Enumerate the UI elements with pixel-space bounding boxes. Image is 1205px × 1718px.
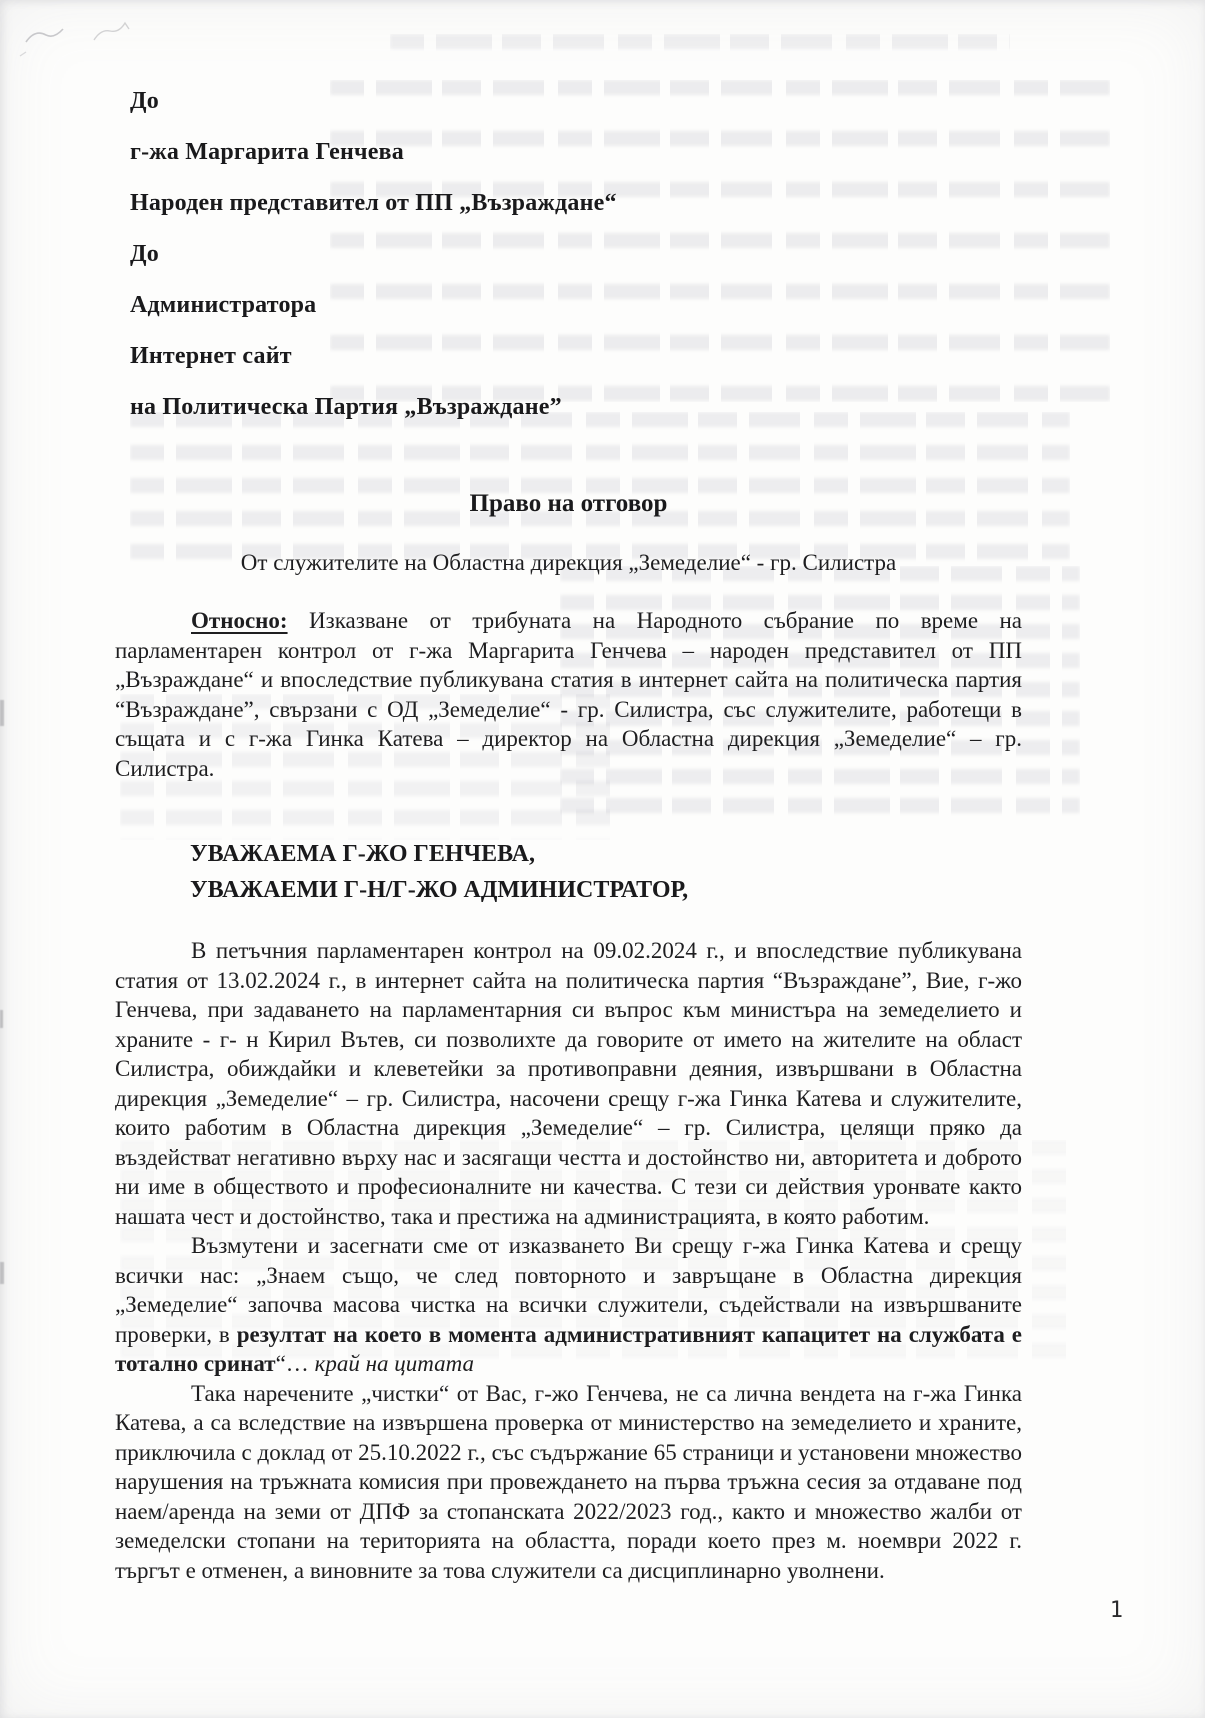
letterhead-line: Народен представител от ПП „Възраждане“ <box>130 178 890 229</box>
letterhead-addressee-block: До г-жа Маргарита Генчева Народен предст… <box>130 76 890 433</box>
scan-edge-mark <box>0 1262 4 1284</box>
subject-label: Относно: <box>191 608 288 633</box>
letterhead-line: Интернет сайт <box>130 331 890 382</box>
page-number: 1 <box>1110 1598 1123 1623</box>
scan-edge-mark <box>0 1010 3 1028</box>
bleedthrough-texture-edge <box>390 34 1010 58</box>
letterhead-line: До <box>130 76 890 127</box>
pencil-scribble <box>16 10 146 60</box>
subject-text: Изказване от трибуната на Народното събр… <box>115 608 1022 781</box>
salutation-line-1: УВАЖАЕМА Г-ЖО ГЕНЧЕВА, <box>190 836 688 872</box>
scan-edge-mark <box>0 700 4 726</box>
letterhead-line: До <box>130 229 890 280</box>
letterhead-line: на Политическа Партия „Възраждане” <box>130 382 890 433</box>
quote-tail: “… <box>276 1351 315 1376</box>
body-paragraph-2: Възмутени и засегнати сме от изказването… <box>115 1231 1022 1379</box>
bleedthrough-texture-midtitle <box>130 412 1070 562</box>
body-paragraph-3: Така наречените „чистки“ от Вас, г-жо Ге… <box>115 1379 1022 1586</box>
document-title: Право на отговор <box>115 490 1022 518</box>
scanned-letter-page: До г-жа Маргарита Генчева Народен предст… <box>0 0 1205 1718</box>
quote-end-caption: край на цитата <box>315 1351 474 1376</box>
letterhead-line: г-жа Маргарита Генчева <box>130 127 890 178</box>
salutation-block: УВАЖАЕМА Г-ЖО ГЕНЧЕВА, УВАЖАЕМИ Г-Н/Г-ЖО… <box>190 836 688 908</box>
letterhead-line: Администратора <box>130 280 890 331</box>
subject-paragraph: Относно: Изказване от трибуната на Народ… <box>115 606 1022 783</box>
document-subtitle: От служителите на Областна дирекция „Зем… <box>115 550 1022 576</box>
quote-bold-emphasis: резултат на което в момента администрати… <box>115 1322 1022 1377</box>
letter-body: В петъчния парламентарен контрол на 09.0… <box>115 936 1022 1585</box>
body-paragraph-1: В петъчния парламентарен контрол на 09.0… <box>115 936 1022 1231</box>
salutation-line-2: УВАЖАЕМИ Г-Н/Г-ЖО АДМИНИСТРАТОР, <box>190 872 688 908</box>
